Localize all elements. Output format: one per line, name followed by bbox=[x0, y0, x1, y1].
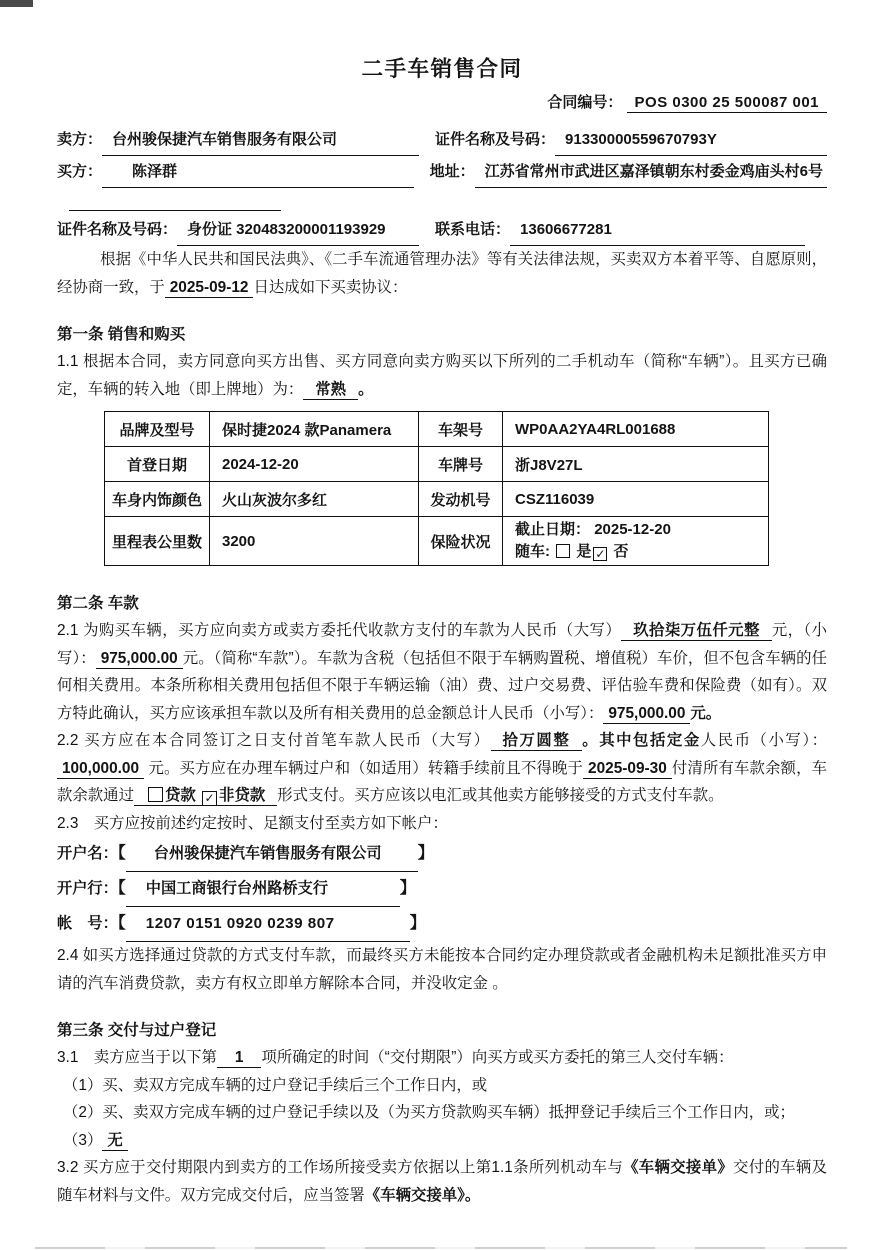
account-name-label: 开户名： bbox=[57, 845, 118, 862]
insurance-yes-label: 是 bbox=[576, 543, 591, 560]
handover-receipt-ref: 《车辆交接单》 bbox=[623, 1159, 733, 1176]
clause-3-1-text-1: 3.1 卖方应当于以下第 bbox=[57, 1049, 217, 1066]
section-3-heading: 第三条 交付与过户登记 bbox=[57, 1017, 827, 1044]
clause-3-2-text-1: 3.2 买方应于交付期限内到卖方的工作场所接受卖方依据以上第1.1条所列机动车与 bbox=[57, 1159, 623, 1176]
brand-model-value: 保时捷2024 款Panamera bbox=[210, 412, 419, 447]
insurance-deadline-line: 截止日期： 2025-12-20 bbox=[515, 519, 762, 541]
delivery-option-3-prefix: （3） bbox=[63, 1132, 102, 1149]
clause-3-1: 3.1 卖方应当于以下第1项所确定的时间（“交付期限”）向买方或买方委托的第三人… bbox=[57, 1044, 827, 1072]
seller-name-field: 台州骏保捷汽车销售服务有限公司 bbox=[102, 124, 419, 156]
insurance-deadline-label: 截止日期： bbox=[515, 521, 590, 538]
contract-number-row: 合同编号： POS 0300 25 500087 001 bbox=[57, 91, 827, 115]
account-bank-row: 开户行：【中国工商银行台州路桥支行】 bbox=[57, 872, 827, 907]
buyer-row: 买方： 陈泽群 地址： 江苏省常州市武进区嘉泽镇朝东村委金鸡庙头村6号 bbox=[57, 156, 827, 188]
bracket-open: 【 bbox=[118, 880, 126, 897]
clause-2-2-text-3: 人民币（小写）： bbox=[701, 732, 827, 749]
account-bank-label: 开户行： bbox=[57, 880, 118, 897]
section-2-heading: 第二条 车款 bbox=[57, 590, 827, 617]
engine-no-value: CSZ116039 bbox=[503, 482, 769, 517]
vehicle-table: 品牌及型号 保时捷2024 款Panamera 车架号 WP0AA2YA4RL0… bbox=[104, 411, 769, 566]
first-payment-capital-value: 拾万圆整 bbox=[491, 732, 583, 751]
seller-label: 卖方： bbox=[57, 124, 102, 155]
account-number-row: 帐 号：【1207 0151 0920 0239 807】 bbox=[57, 907, 827, 942]
balance-due-date: 2025-09-30 bbox=[583, 760, 672, 779]
odometer-label: 里程表公里数 bbox=[105, 517, 210, 566]
non-loan-option-label: 非贷款 bbox=[219, 787, 265, 804]
deposit-emphasis: 其中包括定金 bbox=[599, 732, 701, 749]
price-numeric-value: 975,000.00 bbox=[96, 650, 183, 669]
contract-number-label: 合同编号： bbox=[547, 94, 622, 111]
clause-2-2-text-4: 元。买方应在办理车辆过户和（如适用）转籍手续前且不得晚于 bbox=[144, 760, 583, 777]
clause-3-2-text-3: 。 bbox=[465, 1187, 480, 1204]
preamble-text-2: 日达成如下买卖协议： bbox=[253, 279, 407, 296]
table-row: 里程表公里数 3200 保险状况 截止日期： 2025-12-20 随车: 是✓… bbox=[105, 517, 769, 566]
registration-place-value: 常熟 bbox=[303, 381, 358, 400]
clause-1-1-text: 1.1 根据本合同，卖方同意向买方出售、买方同意向卖方购买以下所列的二手机动车（… bbox=[57, 353, 827, 398]
insurance-deadline-value: 2025-12-20 bbox=[594, 521, 671, 538]
checkbox-unchecked-icon bbox=[148, 787, 163, 802]
color-label: 车身内饰颜色 bbox=[105, 482, 210, 517]
account-bank-value: 中国工商银行台州路桥支行 bbox=[126, 872, 400, 907]
plate-value: 浙J8V27L bbox=[503, 447, 769, 482]
phone-field: 13606677281 bbox=[510, 214, 805, 246]
agreement-date: 2025-09-12 bbox=[165, 279, 254, 298]
total-numeric-value: 975,000.00 bbox=[603, 705, 690, 724]
delivery-option-number: 1 bbox=[217, 1049, 262, 1068]
parties-block: 卖方： 台州骏保捷汽车销售服务有限公司 证件名称及号码： 91330000559… bbox=[57, 124, 827, 246]
insurance-label: 保险状况 bbox=[419, 517, 503, 566]
loan-option-label: 贷款 bbox=[165, 787, 196, 804]
delivery-option-2: （2）买、卖双方完成车辆的过户登记手续以及（为买方贷款购买车辆）抵押登记手续后三… bbox=[57, 1099, 827, 1127]
clause-3-1-text-2: 项所确定的时间（“交付期限”）向买方或买方委托的第三人交付车辆： bbox=[261, 1049, 733, 1066]
buyer-name-field: 陈泽群 bbox=[102, 156, 414, 188]
table-row: 首登日期 2024-12-20 车牌号 浙J8V27L bbox=[105, 447, 769, 482]
account-number-label: 帐 号： bbox=[57, 915, 118, 932]
account-name-value: 台州骏保捷汽车销售服务有限公司 bbox=[126, 837, 418, 872]
plate-label: 车牌号 bbox=[419, 447, 503, 482]
seller-row: 卖方： 台州骏保捷汽车销售服务有限公司 证件名称及号码： 91330000559… bbox=[57, 124, 827, 156]
insurance-value-cell: 截止日期： 2025-12-20 随车: 是✓ 否 bbox=[503, 517, 769, 566]
clause-2-2-text-6: 形式支付。买方应该以电汇或其他卖方能够接受的方式支付车款。 bbox=[277, 787, 723, 804]
clause-2-4: 2.4 如买方选择通过贷款的方式支付车款，而最终买方未能按本合同约定办理贷款或者… bbox=[57, 942, 827, 997]
address-field: 江苏省常州市武进区嘉泽镇朝东村委金鸡庙头村6号 bbox=[475, 156, 827, 188]
clause-2-2-text-1: 2.2 买方应在本合同签订之日支付首笔车款人民币（大写） bbox=[57, 732, 491, 749]
scan-artifact bbox=[0, 0, 33, 7]
page-title: 二手车销售合同 bbox=[57, 54, 827, 84]
bracket-close: 】 bbox=[410, 915, 426, 932]
clause-2-2: 2.2 买方应在本合同签订之日支付首笔车款人民币（大写）拾万圆整。其中包括定金人… bbox=[57, 727, 827, 810]
buyer-cert-field: 身份证 320483200001193929 bbox=[177, 214, 419, 246]
insurance-withcar-label: 随车: bbox=[515, 543, 550, 560]
checkbox-checked-icon: ✓ bbox=[202, 791, 217, 806]
clause-3-2: 3.2 买方应于交付期限内到卖方的工作场所接受卖方依据以上第1.1条所列机动车与… bbox=[57, 1154, 827, 1209]
phone-label: 联系电话： bbox=[435, 214, 510, 245]
deposit-numeric-value: 100,000.00 bbox=[57, 760, 144, 779]
price-capital-value: 玖拾柒万伍仟元整 bbox=[621, 622, 772, 641]
account-number-value: 1207 0151 0920 0239 807 bbox=[126, 907, 410, 942]
bracket-close: 】 bbox=[418, 845, 434, 862]
clause-2-3: 2.3 买方应按前述约定按时、足额支付至卖方如下帐户： bbox=[57, 810, 827, 838]
vin-value: WP0AA2YA4RL001688 bbox=[503, 412, 769, 447]
table-row: 品牌及型号 保时捷2024 款Panamera 车架号 WP0AA2YA4RL0… bbox=[105, 412, 769, 447]
clause-2-2-text-2: 。 bbox=[582, 732, 599, 749]
contract-number-value: POS 0300 25 500087 001 bbox=[627, 94, 827, 113]
delivery-option-1: （1）买、卖双方完成车辆的过户登记手续后三个工作日内，或 bbox=[57, 1072, 827, 1100]
brand-model-label: 品牌及型号 bbox=[105, 412, 210, 447]
preamble-paragraph: 根据《中华人民共和国民法典》、《二手车流通管理办法》等有关法律法规，买卖双方本着… bbox=[57, 246, 827, 301]
delivery-option-3-value: 无 bbox=[102, 1132, 127, 1151]
address-label: 地址： bbox=[430, 156, 475, 187]
bracket-open: 【 bbox=[118, 845, 126, 862]
buyer-label: 买方： bbox=[57, 156, 102, 187]
buyer-cert-label: 证件名称及号码： bbox=[57, 214, 177, 245]
buyer-cert-row: 证件名称及号码： 身份证 320483200001193929 联系电话： 13… bbox=[57, 214, 827, 246]
color-value: 火山灰波尔多红 bbox=[210, 482, 419, 517]
handover-receipt-ref: 《车辆交接单》 bbox=[365, 1187, 465, 1204]
clause-1-1-period: 。 bbox=[358, 381, 373, 398]
delivery-option-3: （3）无 bbox=[57, 1127, 827, 1155]
checkbox-checked-icon: ✓ bbox=[593, 547, 607, 561]
odometer-value: 3200 bbox=[210, 517, 419, 566]
clause-1-1: 1.1 根据本合同，卖方同意向买方出售、买方同意向卖方购买以下所列的二手机动车（… bbox=[57, 348, 827, 403]
seller-cert-field: 91330000559670793Y bbox=[555, 124, 827, 156]
engine-no-label: 发动机号 bbox=[419, 482, 503, 517]
buyer-extra-blank-line bbox=[69, 188, 281, 211]
table-row: 车身内饰颜色 火山灰波尔多红 发动机号 CSZ116039 bbox=[105, 482, 769, 517]
first-registration-value: 2024-12-20 bbox=[210, 447, 419, 482]
account-name-row: 开户名：【台州骏保捷汽车销售服务有限公司】 bbox=[57, 837, 827, 872]
clause-2-1: 2.1 为购买车辆，买方应向卖方或卖方委托代收款方支付的车款为人民币（大写）玖拾… bbox=[57, 617, 827, 727]
clause-2-1-text-4: 元。 bbox=[690, 705, 721, 722]
bracket-close: 】 bbox=[400, 880, 416, 897]
insurance-withcar-line: 随车: 是✓ 否 bbox=[515, 541, 762, 563]
insurance-no-label: 否 bbox=[614, 543, 629, 560]
section-1-heading: 第一条 销售和购买 bbox=[57, 321, 827, 348]
scan-artifact-bottom bbox=[35, 1247, 847, 1249]
first-registration-label: 首登日期 bbox=[105, 447, 210, 482]
seller-cert-label: 证件名称及号码： bbox=[435, 124, 555, 155]
checkbox-unchecked-icon bbox=[556, 544, 570, 558]
payment-method-blank: 贷款 ✓非贷款 bbox=[134, 787, 277, 806]
contract-document-page: 二手车销售合同 合同编号： POS 0300 25 500087 001 卖方：… bbox=[0, 0, 882, 1250]
clause-2-1-text-1: 2.1 为购买车辆，买方应向卖方或卖方委托代收款方支付的车款为人民币（大写） bbox=[57, 622, 621, 639]
bracket-open: 【 bbox=[118, 915, 126, 932]
vin-label: 车架号 bbox=[419, 412, 503, 447]
